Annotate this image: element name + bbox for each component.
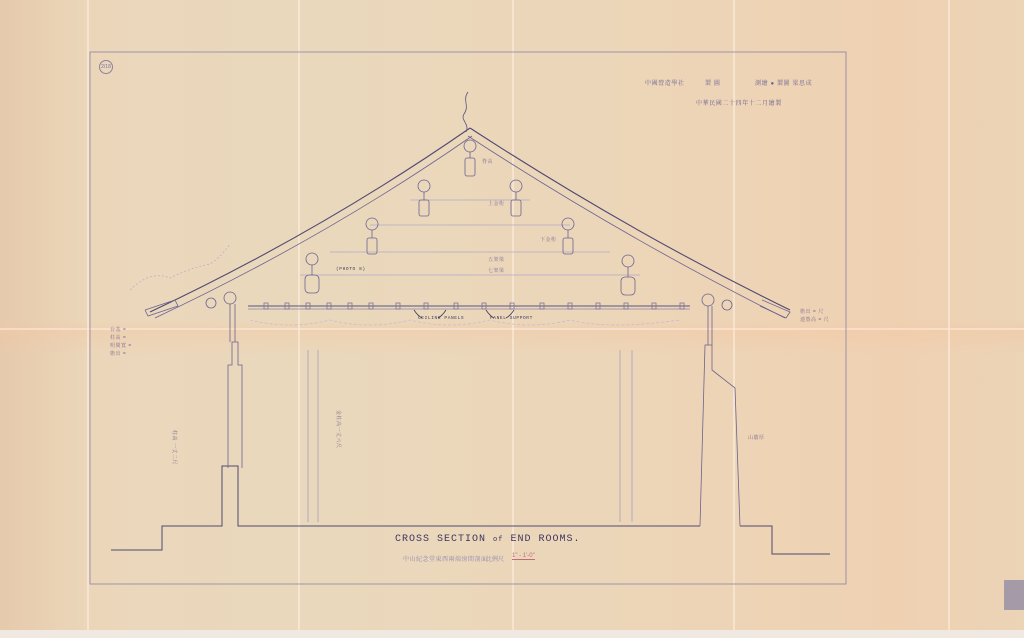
dim-purlin-upper: 上金桁 [488,200,505,207]
title-end: END ROOMS. [510,534,580,545]
drawing-subtitle: 中山紀念堂東西兩端房間剖面 [403,554,488,563]
sheet-number: 2/18 [99,60,113,74]
panel-support-callout: PANEL SUPPORT [490,316,533,321]
photo-callout: (PHOTO 8) [336,267,366,272]
dim-beam-5: 五架梁 [488,256,505,263]
dim-col-inner: 金柱高一丈六尺 [335,410,342,449]
dim-ridge: 脊高 [482,158,493,165]
left-note: 柱高 = [110,334,126,341]
header-surveyor: 測繪 ● 製圖 梁思成 [755,78,812,87]
header-drawn: 製 圖 [705,78,720,87]
header-date: 中華民國二十四年十二月繪製 [696,98,782,107]
dim-col-left: 柱高 一丈二尺 [171,430,178,465]
scale-value: 1" - 1'-0" [512,553,535,560]
dim-wall-right: 山牆厚 [748,434,765,441]
drawing-border [90,52,846,584]
right-note: 連簷高 = 尺 [800,316,829,323]
dim-beam-7: 七架梁 [488,267,505,274]
scale-label: 比例尺 [486,554,504,563]
left-note: 台基 = [110,326,126,333]
title-of: of [493,536,503,544]
ceiling-panels-callout: CEILING PANELS [418,316,464,321]
left-note: 明間寬 = [110,342,132,349]
drawing-title: CROSS SECTION of END ROOMS. [395,534,580,545]
right-note: 檐出 = 尺 [800,308,824,315]
title-main: CROSS SECTION [395,534,486,545]
dim-purlin-lower: 下金桁 [540,236,557,243]
left-note: 檐出 = [110,350,126,357]
header-org: 中國營造學社 [645,78,685,87]
